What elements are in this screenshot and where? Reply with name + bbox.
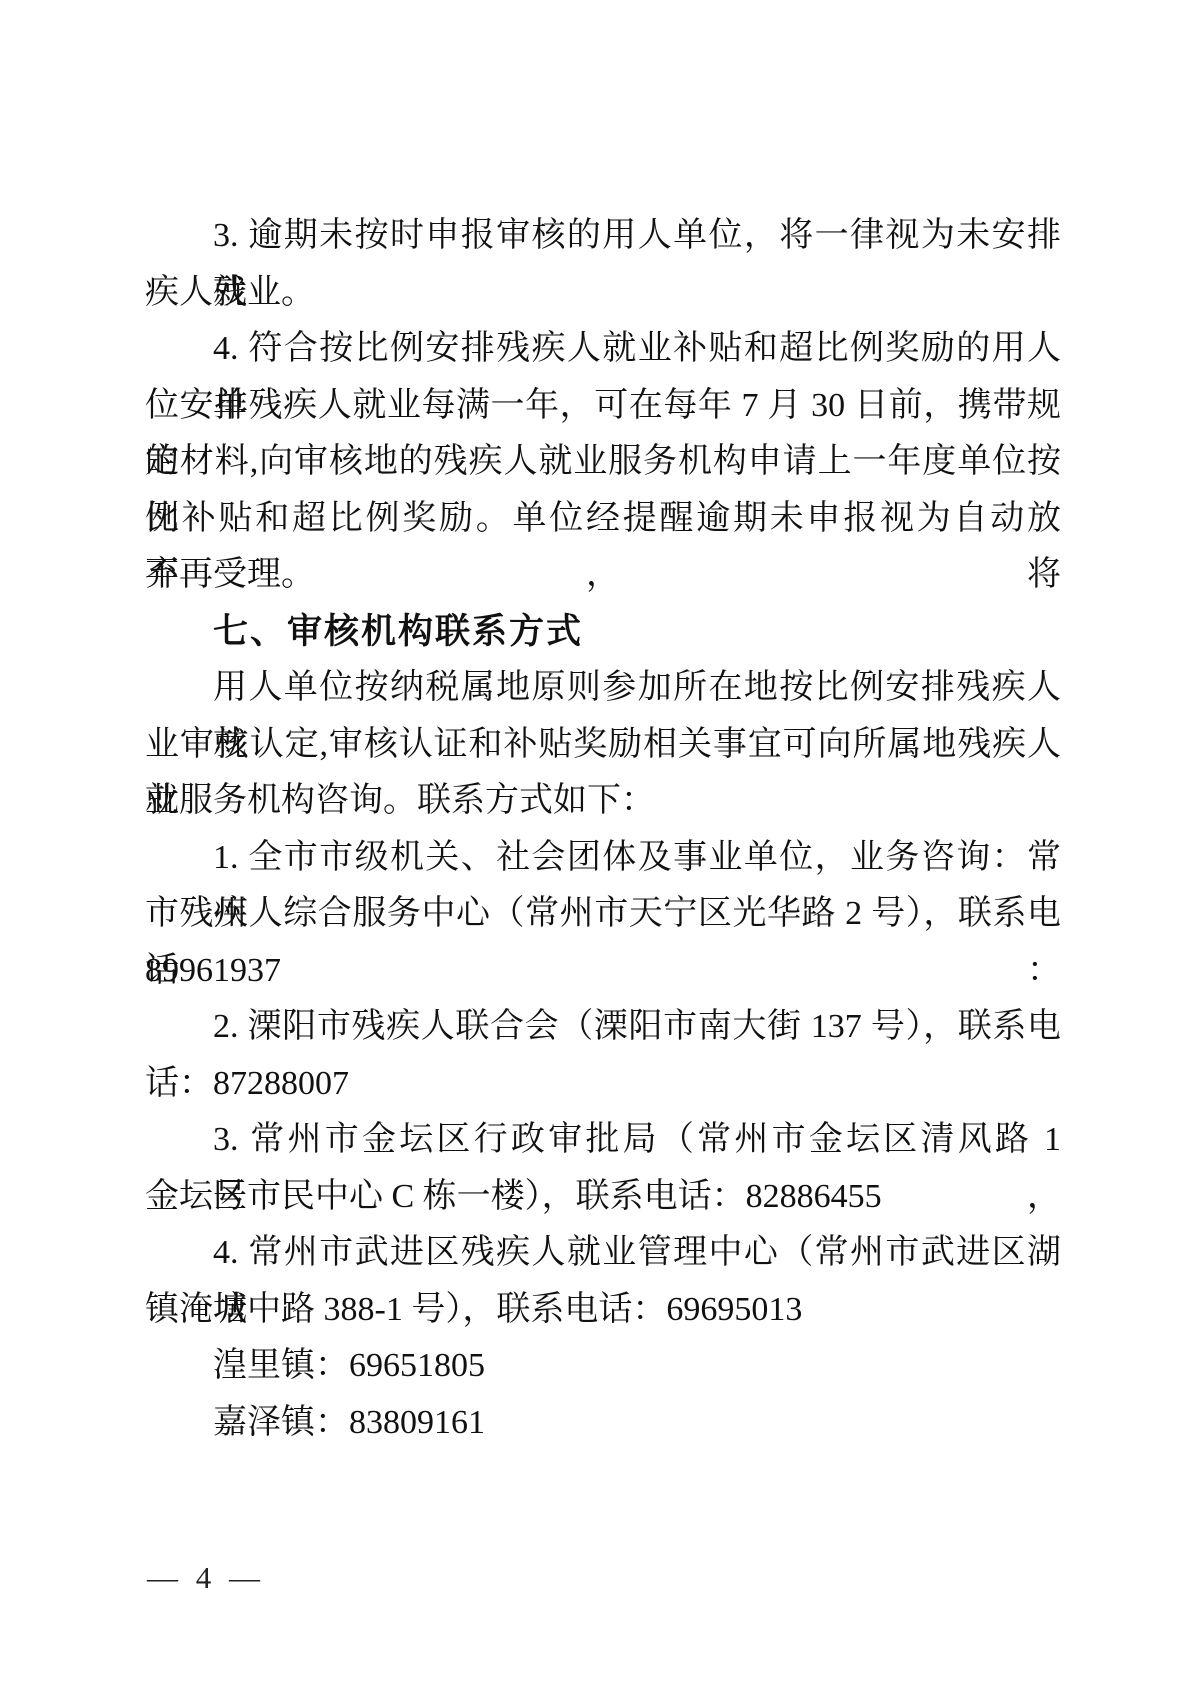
text-line: 嘉泽镇：83809161 (145, 1395, 1061, 1452)
text-line: 3. 常州市金坛区行政审批局（常州市金坛区清风路 1 号， (145, 1112, 1061, 1169)
text-line: 3. 逾期未按时申报审核的用人单位，将一律视为未安排残 (145, 208, 1061, 265)
text-line: 位安排残疾人就业每满一年，可在每年 7 月 30 日前，携带规定 (145, 378, 1061, 435)
document-page: 3. 逾期未按时申报审核的用人单位，将一律视为未安排残疾人就业。4. 符合按比例… (0, 0, 1199, 1696)
text-line: 1. 全市市级机关、社会团体及事业单位，业务咨询：常州 (145, 830, 1061, 887)
text-line: 业服务机构咨询。联系方式如下： (145, 773, 1061, 830)
text-line: 4. 符合按比例安排残疾人就业补贴和超比例奖励的用人单 (145, 321, 1061, 378)
text-line: 4. 常州市武进区残疾人就业管理中心（常州市武进区湖塘 (145, 1225, 1061, 1282)
document-body: 3. 逾期未按时申报审核的用人单位，将一律视为未安排残疾人就业。4. 符合按比例… (145, 208, 1061, 1451)
page-number: — 4 — (147, 1560, 260, 1596)
text-line: 话：87288007 (145, 1056, 1061, 1113)
text-line: 疾人就业。 (145, 265, 1061, 322)
text-line: 用人单位按纳税属地原则参加所在地按比例安排残疾人就 (145, 660, 1061, 717)
text-line: 湟里镇：69651805 (145, 1338, 1061, 1395)
text-line: 业审核认定,审核认证和补贴奖励相关事宜可向所属地残疾人就 (145, 717, 1061, 774)
text-line: 的材料,向审核地的残疾人就业服务机构申请上一年度单位按比 (145, 434, 1061, 491)
text-line: 镇淹城中路 388-1 号），联系电话：69695013 (145, 1282, 1061, 1339)
text-line: 例补贴和超比例奖励。单位经提醒逾期未申报视为自动放弃，将 (145, 491, 1061, 548)
section-heading: 七、审核机构联系方式 (145, 604, 1061, 661)
text-line: 2. 溧阳市残疾人联合会（溧阳市南大街 137 号），联系电 (145, 999, 1061, 1056)
text-line: 市残疾人综合服务中心（常州市天宁区光华路 2 号），联系电话： (145, 886, 1061, 943)
